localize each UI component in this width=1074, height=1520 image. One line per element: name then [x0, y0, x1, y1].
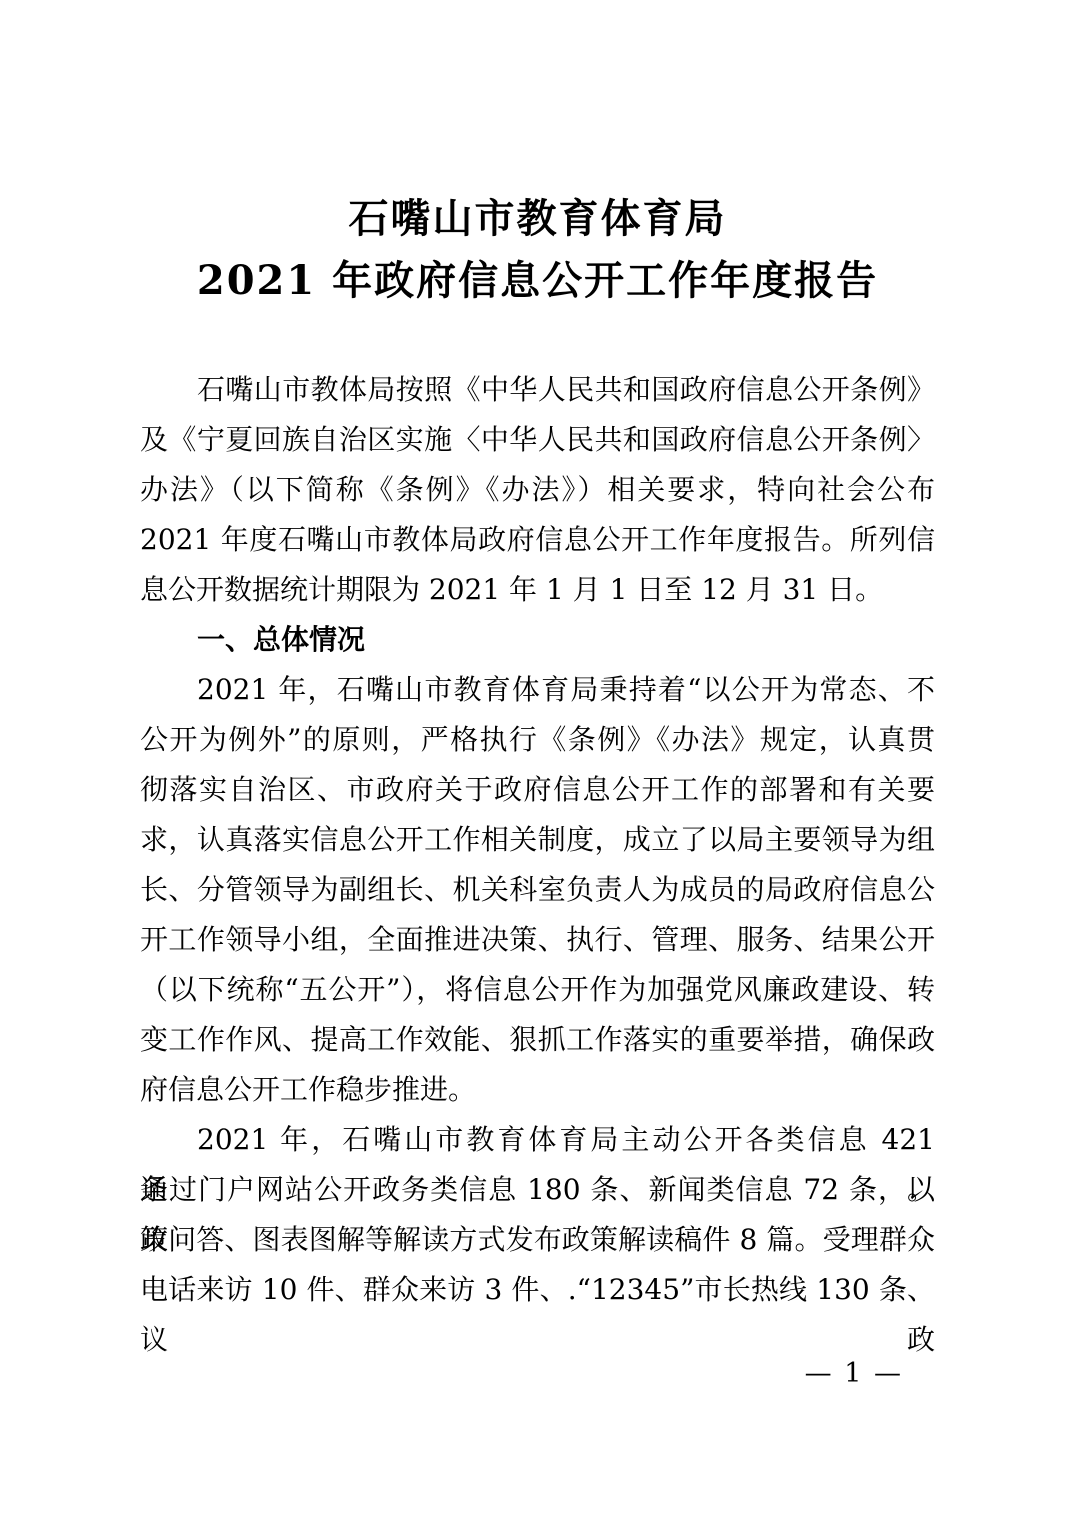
- text-line: 通过门户网站公开政务类信息 180 条、新闻类信息 72 条，以政: [140, 1165, 935, 1215]
- text-line: 开工作领导小组，全面推进决策、执行、管理、服务、结果公开: [140, 915, 935, 965]
- text-line: 2021 年，石嘴山市教育体育局主动公开各类信息 421 条。: [140, 1115, 935, 1165]
- document-page: 石嘴山市教育体育局 2021 年政府信息公开工作年度报告 石嘴山市教体局按照《中…: [0, 0, 1074, 1520]
- document-title-line2: 2021 年政府信息公开工作年度报告: [140, 250, 935, 312]
- text-line: 2021 年度石嘴山市教体局政府信息公开工作年度报告。所列信: [140, 515, 935, 565]
- text-line: 变工作作风、提高工作效能、狠抓工作落实的重要举措，确保政: [140, 1015, 935, 1065]
- text-line: 电话来访 10 件、群众来访 3 件、.“12345”市长热线 130 条、议政: [140, 1265, 935, 1315]
- document-title-line1: 石嘴山市教育体育局: [140, 188, 935, 250]
- section-heading-overview: 一、总体情况: [140, 615, 935, 665]
- text-line: 彻落实自治区、市政府关于政府信息公开工作的部署和有关要: [140, 765, 935, 815]
- text-line: 石嘴山市教体局按照《中华人民共和国政府信息公开条例》: [140, 365, 935, 415]
- text-line: 长、分管领导为副组长、机关科室负责人为成员的局政府信息公: [140, 865, 935, 915]
- text-line: 办法》（以下简称《条例》《办法》）相关要求，特向社会公布: [140, 465, 935, 515]
- text-line: 2021 年，石嘴山市教育体育局秉持着“以公开为常态、不: [140, 665, 935, 715]
- text-line: 求，认真落实信息公开工作相关制度，成立了以局主要领导为组: [140, 815, 935, 865]
- text-line: （以下统称“五公开”），将信息公开作为加强党风廉政建设、转: [140, 965, 935, 1015]
- text-line: 策问答、图表图解等解读方式发布政策解读稿件 8 篇。受理群众: [140, 1215, 935, 1265]
- text-line: 府信息公开工作稳步推进。: [140, 1065, 935, 1115]
- document-body: 石嘴山市教体局按照《中华人民共和国政府信息公开条例》 及《宁夏回族自治区实施〈中…: [140, 365, 935, 1315]
- text-line: 及《宁夏回族自治区实施〈中华人民共和国政府信息公开条例〉: [140, 415, 935, 465]
- text-line: 公开为例外”的原则，严格执行《条例》《办法》规定，认真贯: [140, 715, 935, 765]
- text-line: 息公开数据统计期限为 2021 年 1 月 1 日至 12 月 31 日。: [140, 565, 935, 615]
- document-title: 石嘴山市教育体育局 2021 年政府信息公开工作年度报告: [140, 188, 935, 312]
- page-number: — 1 —: [140, 1358, 935, 1389]
